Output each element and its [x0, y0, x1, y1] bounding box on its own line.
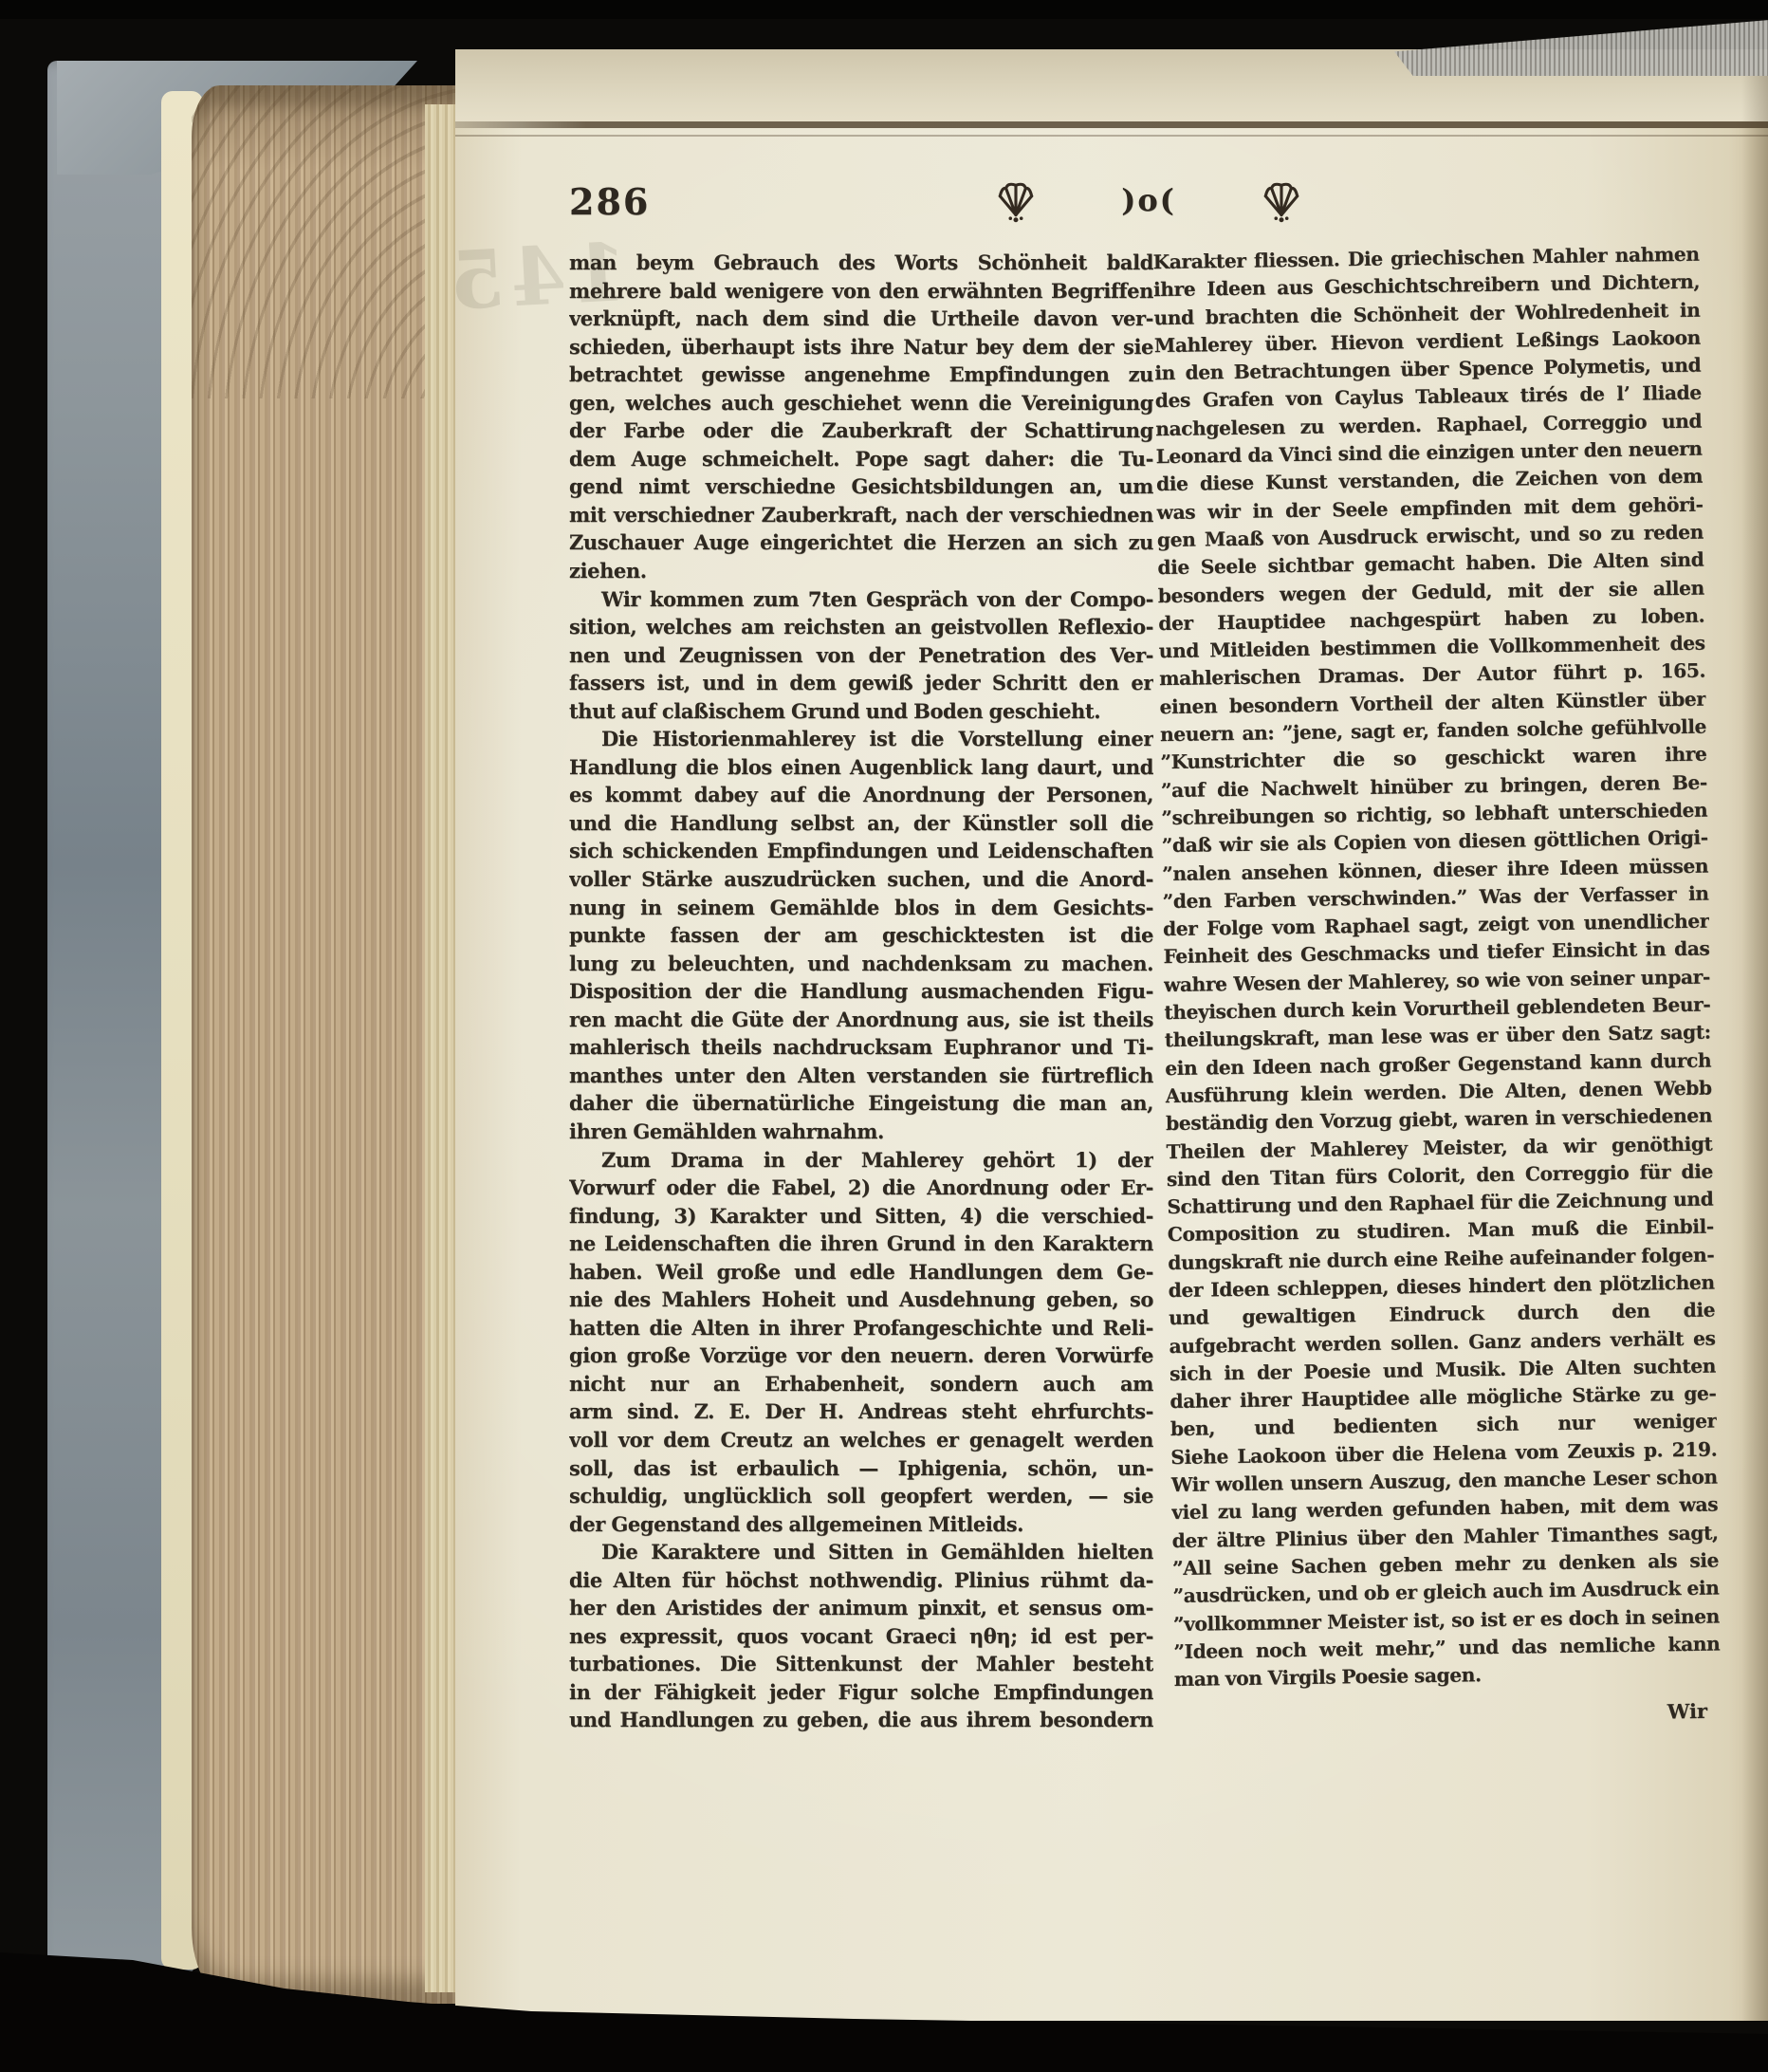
- text-line: Disposition der die Handlung ausmachende…: [569, 977, 1153, 1006]
- text-line: mit verschiedner Zauberkraft, nach der v…: [569, 501, 1153, 529]
- text-line: fassers ist, und in dem gewiß jeder Schr…: [569, 669, 1153, 697]
- text-line: man beym Gebrauch des Worts Schönheit ba…: [569, 249, 1153, 277]
- text-line: lung zu beleuchten, und nachdenksam zu m…: [569, 950, 1153, 978]
- photographed-book-page: 145 286 )o(: [0, 0, 1768, 2072]
- book-page: 145 286 )o(: [455, 49, 1768, 2021]
- header-ornaments: )o(: [992, 180, 1305, 224]
- text-line: Die Historienmahlerey ist die Vorstellun…: [569, 725, 1153, 753]
- text-line: turbationes. Die Sittenkunst der Mahler …: [569, 1650, 1153, 1678]
- text-line: Handlung die blos einen Augenblick lang …: [569, 753, 1153, 782]
- text-column-right: Karakter fliessen. Die griechischen Mahl…: [1152, 241, 1721, 1694]
- page-top-seam-line: [455, 121, 1768, 128]
- text-line: gen, welches auch geschiehet wenn die Ve…: [569, 389, 1153, 417]
- text-line: schieden, überhaupt ists ihre Natur bey …: [569, 333, 1153, 361]
- top-background-bar: [0, 0, 1768, 19]
- text-column-left: man beym Gebrauch des Worts Schönheit ba…: [569, 249, 1153, 1734]
- text-line: gend nimt verschiedne Gesichtsbildungen …: [569, 472, 1153, 501]
- text-line: und die Handlung selbst an, der Künstler…: [569, 809, 1153, 838]
- text-line: Die Karaktere und Sitten in Gemählden hi…: [569, 1538, 1153, 1566]
- text-line: schuldig, unglücklich soll geopfert werd…: [569, 1482, 1153, 1510]
- scallop-shell-icon: [992, 180, 1040, 224]
- text-line: nung in seinem Gemählde blos in dem Gesi…: [569, 894, 1153, 922]
- text-line: findung, 3) Karakter und Sitten, 4) die …: [569, 1202, 1153, 1230]
- text-line: die Alten für höchst nothwendig. Plinius…: [569, 1566, 1153, 1595]
- text-line: daher die übernatürliche Eingeistung die…: [569, 1089, 1153, 1118]
- text-line: her den Aristides der animum pinxit, et …: [569, 1594, 1153, 1622]
- header-separator-mark: )o(: [1121, 182, 1176, 218]
- text-line: ziehen.: [569, 557, 1153, 585]
- text-line: ren macht die Güte der Anordnung aus, si…: [569, 1006, 1153, 1034]
- text-line: dem Auge schmeichelt. Pope sagt daher: d…: [569, 445, 1153, 473]
- text-line: voller Stärke auszudrücken suchen, und d…: [569, 865, 1153, 894]
- page-top-seam-line-2: [455, 135, 1768, 137]
- text-line: mehrere bald wenigere von den erwähnten …: [569, 277, 1153, 305]
- text-line: nicht nur an Erhabenheit, sondern auch a…: [569, 1370, 1153, 1398]
- page-number: 286: [569, 180, 650, 223]
- text-line: und Handlungen zu geben, die aus ihrem b…: [569, 1706, 1153, 1734]
- text-line: in der Fähigkeit jeder Figur solche Empf…: [569, 1678, 1153, 1707]
- text-line: Vorwurf oder die Fabel, 2) die Anordnung…: [569, 1174, 1153, 1202]
- top-right-page-edges: [1394, 15, 1768, 76]
- scallop-shell-icon: [1258, 180, 1305, 224]
- text-line: voll vor dem Creutz an welches er genage…: [569, 1426, 1153, 1454]
- text-line: ihren Gemählden wahrnahm.: [569, 1118, 1153, 1146]
- text-line: arm sind. Z. E. Der H. Andreas steht ehr…: [569, 1397, 1153, 1426]
- text-line: punkte fassen der am geschicktesten ist …: [569, 921, 1153, 950]
- text-line: sich schickenden Empfindungen und Leiden…: [569, 837, 1153, 865]
- text-line: betrachtet gewisse angenehme Empfindunge…: [569, 361, 1153, 389]
- text-line: haben. Weil große und edle Handlungen de…: [569, 1258, 1153, 1286]
- text-line: Wir kommen zum 7ten Gespräch von der Com…: [569, 585, 1153, 614]
- text-line: mahlerisch theils nachdrucksam Euphranor…: [569, 1033, 1153, 1062]
- text-line: der Farbe oder die Zauberkraft der Schat…: [569, 416, 1153, 445]
- catchword: Wir: [1575, 1699, 1707, 1725]
- text-line: soll, das ist erbaulich — Iphigenia, sch…: [569, 1454, 1153, 1483]
- text-line: nen und Zeugnissen von der Penetration d…: [569, 641, 1153, 670]
- text-line: es kommt dabey auf die Anordnung der Per…: [569, 781, 1153, 809]
- text-line: thut auf claßischem Grund und Boden gesc…: [569, 697, 1153, 726]
- text-line: Zum Drama in der Mahlerey gehört 1) der: [569, 1146, 1153, 1175]
- text-line: gion große Vorzüge vor den neuern. deren…: [569, 1341, 1153, 1370]
- text-line: sition, welches am reichsten an geistvol…: [569, 613, 1153, 641]
- text-line: hatten die Alten in ihrer Profangeschich…: [569, 1314, 1153, 1342]
- text-line: nie des Mahlers Hoheit und Ausdehnung ge…: [569, 1286, 1153, 1314]
- text-line: ne Leidenschaften die ihren Grund in den…: [569, 1230, 1153, 1258]
- text-line: Zuschauer Auge eingerichtet die Herzen a…: [569, 528, 1153, 557]
- text-line: nes expressit, quos vocant Graeci ηθη; i…: [569, 1622, 1153, 1651]
- text-line: der Gegenstand des allgemeinen Mitleids.: [569, 1510, 1153, 1539]
- text-line: verknüpft, nach dem sind die Urtheile da…: [569, 305, 1153, 333]
- text-line: manthes unter den Alten verstanden sie f…: [569, 1062, 1153, 1090]
